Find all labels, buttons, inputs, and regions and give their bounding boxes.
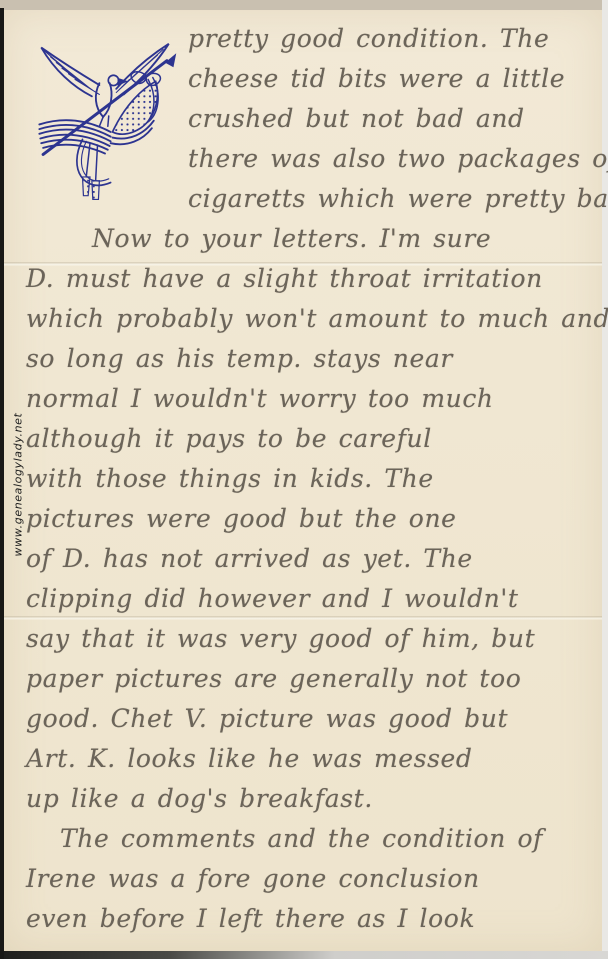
- letter-line: clipping did however and I wouldn't: [26, 584, 594, 624]
- letter-line: even before I left there as I look: [26, 904, 594, 944]
- letter-line: D. must have a slight throat irritation: [26, 264, 594, 304]
- letter-line: The comments and the condition of: [26, 824, 594, 864]
- letter-line: normal I wouldn't worry too much: [26, 384, 594, 424]
- letter-line: up like a dog's breakfast.: [26, 784, 594, 824]
- letter-paper: www.genealogylady.net: [4, 10, 602, 951]
- letter-line: Irene was a fore gone conclusion: [26, 864, 594, 904]
- letter-line: Art. K. looks like he was messed: [26, 744, 594, 784]
- letter-line: which probably won't amount to much and: [26, 304, 594, 344]
- eagle-flag-emblem-graphic: [30, 26, 180, 206]
- letter-line: good. Chet V. picture was good but: [26, 704, 594, 744]
- scanned-letter-page: www.genealogylady.net: [0, 0, 608, 959]
- letter-line: pictures were good but the one: [26, 504, 594, 544]
- eagle-flag-emblem: [30, 26, 182, 186]
- scan-edge-left: [0, 8, 4, 959]
- letter-line: Now to your letters. I'm sure: [26, 224, 594, 264]
- letter-line: although it pays to be careful: [26, 424, 594, 464]
- letter-line: so long as his temp. stays near: [26, 344, 594, 384]
- scan-edge-bottom: [0, 951, 608, 959]
- letter-line: with those things in kids. The: [26, 464, 594, 504]
- letter-body: pretty good condition. The cheese tid bi…: [4, 10, 602, 951]
- letter-line: say that it was very good of him, but: [26, 624, 594, 664]
- letter-line: paper pictures are generally not too: [26, 664, 594, 704]
- scan-edge-top: [0, 0, 608, 10]
- letter-line: of D. has not arrived as yet. The: [26, 544, 594, 584]
